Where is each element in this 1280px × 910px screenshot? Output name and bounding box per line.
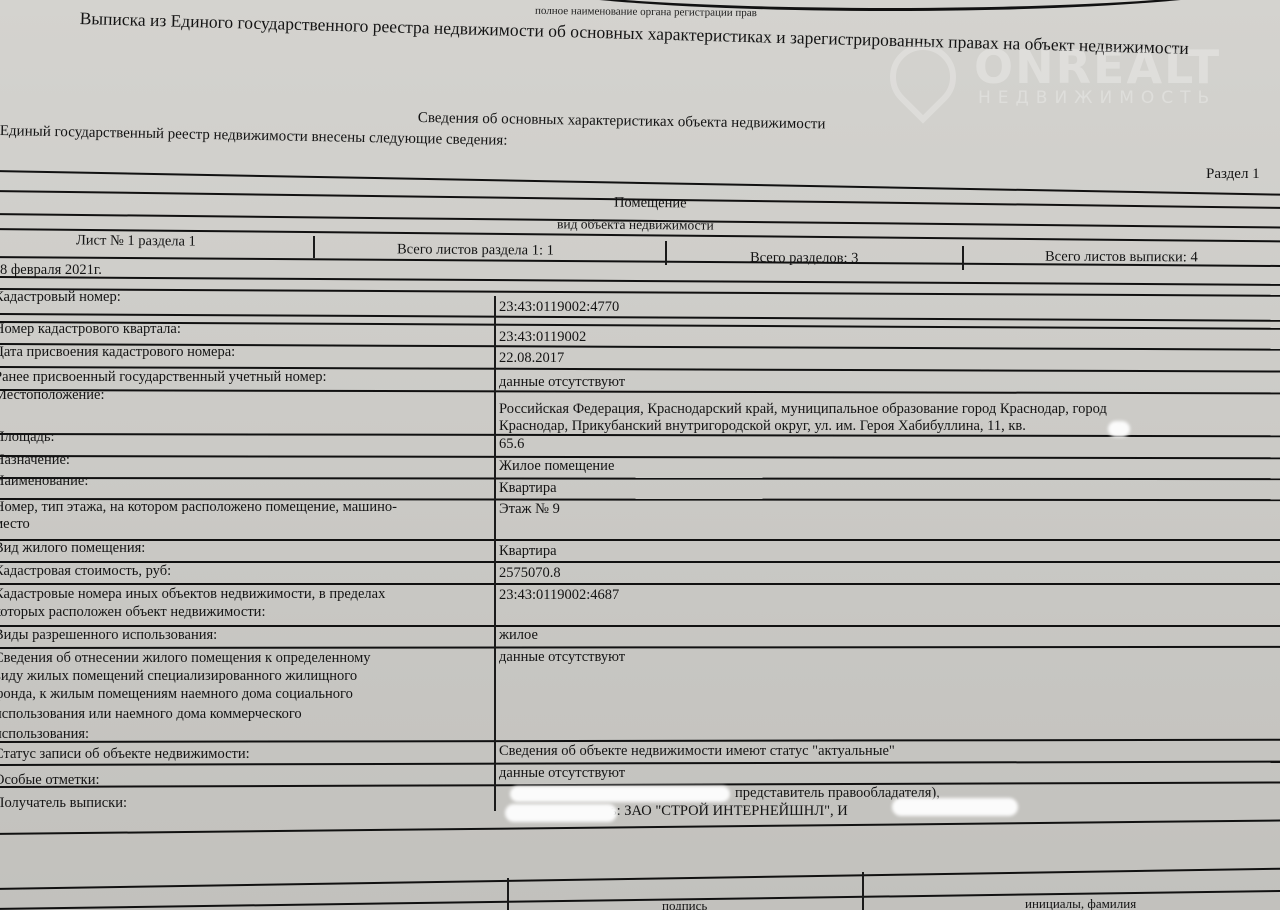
label-floor-line1: Номер, тип этажа, на котором расположено… [0,499,397,516]
label-record-status: Статус записи об объекте недвижимости: [0,746,250,763]
value-special-notes: данные отсутствуют [499,765,625,782]
sheet-number: Лист № 1 раздела 1 [76,232,196,250]
label-cadastral-number: Кадастровый номер: [0,289,121,306]
label-previous-number: Ранее присвоенный государственный учетны… [0,369,327,386]
label-location: Местоположение: [0,387,105,404]
label-recipient: Получатель выписки: [0,795,127,812]
value-dwelling-type: Квартира [499,543,557,560]
label-dwelling-type: Вид жилого помещения: [0,540,145,557]
column-divider [313,236,315,258]
label-area: Площадь: [0,429,55,446]
column-divider [665,241,667,265]
label-floor-line2: место [0,516,30,533]
table-divider [0,477,1280,480]
table-divider [0,455,1280,459]
total-sections: Всего разделов: 3 [750,250,859,268]
value-location-line1: Российская Федерация, Краснодарский край… [499,401,1107,418]
redaction-recipient-name [510,786,730,802]
total-sheets: Всего листов выписки: 4 [1045,249,1198,267]
table-divider [0,539,1280,541]
table-divider [0,288,1280,297]
table-divider [0,646,1280,649]
label-value-divider [494,296,496,811]
document-page: регистрации кадастра и картографии по по… [0,0,1280,910]
signature-divider [507,878,509,910]
table-divider [0,313,1280,322]
sheets-in-section: Всего листов раздела 1: 1 [397,241,554,259]
name-caption: инициалы, фамилия [1025,896,1136,910]
table-divider [0,561,1280,563]
label-special-housing-line1: Сведения об отнесении жилого помещения к… [0,650,371,667]
value-cadastral-quarter: 23:43:0119002 [499,329,586,346]
label-special-housing-line2: виду жилых помещений специализированного… [0,668,357,685]
column-divider [962,246,964,270]
label-parent-objects-line1: Кадастровые номера иных объектов недвижи… [0,586,385,603]
label-parent-objects-line2: которых расположен объект недвижимости: [0,604,265,621]
label-purpose: Назначение: [0,452,70,469]
object-type-caption: вид объекта недвижимости [557,216,714,233]
value-area: 65.6 [499,436,524,453]
value-floor: Этаж № 9 [499,501,560,518]
value-cadastral-value: 2575070.8 [499,565,561,582]
redaction-recipient-role [505,804,617,822]
label-assignment-date: Дата присвоения кадастрового номера: [0,344,235,361]
value-recipient-line2: ь: ЗАО "СТРОЙ ИНТЕРНЕЙШНЛ", И [610,803,848,820]
value-record-status: Сведения об объекте недвижимости имеют с… [499,743,895,760]
table-border-bottom [0,819,1280,835]
extract-date: 8 февраля 2021г. [0,262,102,279]
table-divider [0,583,1280,585]
table-divider [0,389,1280,394]
label-cadastral-quarter: Номер кадастрового квартала: [0,321,181,338]
value-location-line2: Краснодар, Прикубанский внутригородской … [499,418,1026,435]
label-permitted-use: Виды разрешенного использования: [0,627,217,644]
table-grid [0,0,1280,910]
label-cadastral-value: Кадастровая стоимость, руб: [0,563,171,580]
label-special-housing-line3: фонда, к жилым помещениям наемного дома … [0,686,353,703]
value-name: Квартира [499,480,557,497]
signature-caption: подпись [662,898,707,910]
value-permitted-use: жилое [499,627,538,644]
value-assignment-date: 22.08.2017 [499,350,564,367]
value-cadastral-number: 23:43:0119002:4770 [499,299,619,316]
redaction-apartment-number [1108,421,1130,437]
table-divider [0,321,1280,330]
label-special-notes: Особые отметки: [0,772,100,789]
object-type: Помещение [614,195,687,213]
signature-divider [862,872,864,910]
value-parent-objects: 23:43:0119002:4687 [499,587,619,604]
label-special-housing-line5: использования: [0,726,89,743]
table-divider [0,276,1280,286]
redaction-recipient-inn [892,798,1018,816]
label-special-housing-line4: использования или наемного дома коммерче… [0,706,302,723]
value-previous-number: данные отсутствуют [499,374,625,391]
label-name: Наименование: [0,473,88,490]
signature-table-top [0,868,1280,890]
value-purpose: Жилое помещение [499,458,614,475]
value-special-housing: данные отсутствуют [499,649,625,666]
